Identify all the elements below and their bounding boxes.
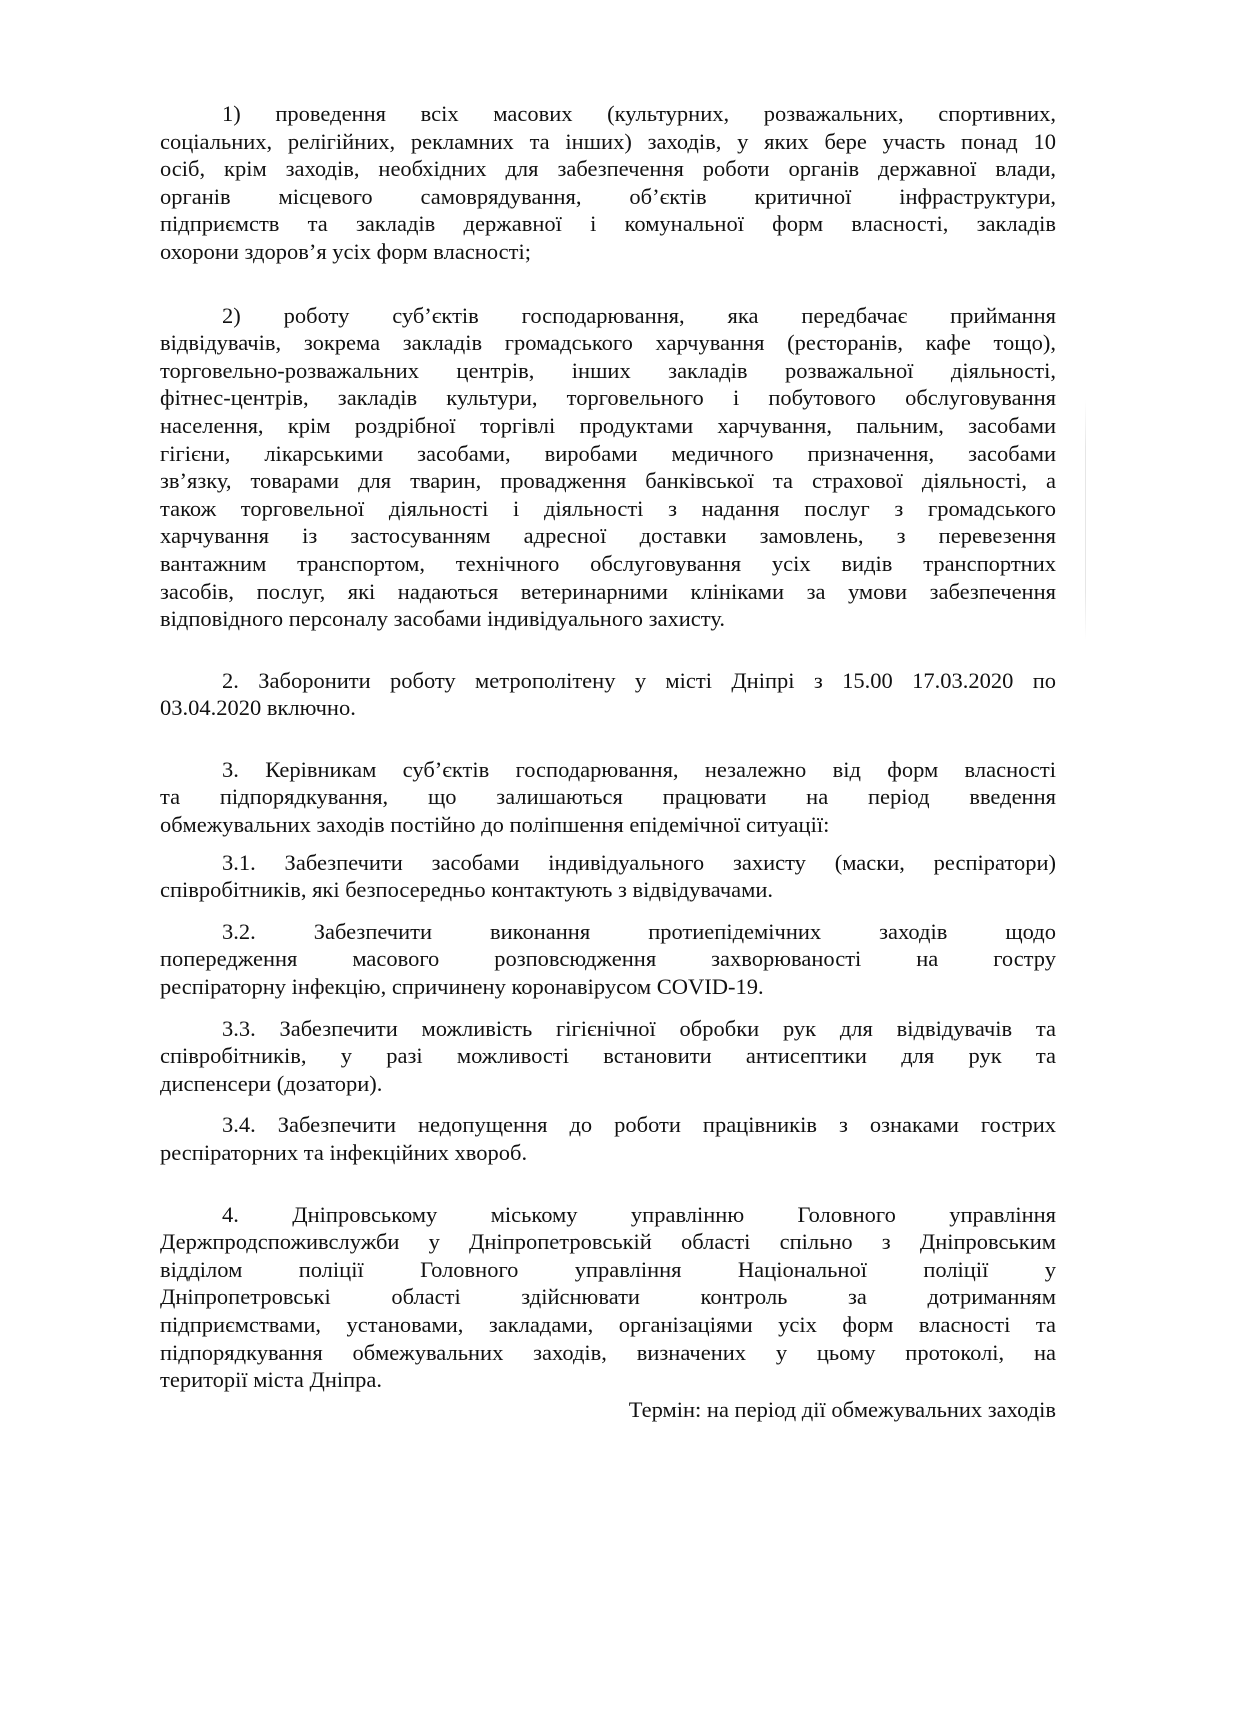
text-line: органів місцевого самоврядування, об’єкт… [160, 183, 1056, 211]
scan-artifact-line [1085, 400, 1086, 640]
section-3-3-hand-hygiene: 3.3. Забезпечити можливість гігієнічної … [160, 1015, 1056, 1098]
text-line: охорони здоров’я усіх форм власності; [160, 238, 1056, 266]
text-line: 3. Керівникам суб’єктів господарювання, … [160, 756, 1056, 784]
section-3-4-sick-workers: 3.4. Забезпечити недопущення до роботи п… [160, 1111, 1056, 1166]
text-line: 3.1. Забезпечити засобами індивідуальног… [160, 849, 1056, 877]
document-page: 1) проведення всіх масових (культурних, … [160, 100, 1056, 1423]
text-line: підприємствами, установами, закладами, о… [160, 1311, 1056, 1339]
item-2-business-operations: 2) роботу суб’єктів господарювання, яка … [160, 302, 1056, 633]
text-line: 1) проведення всіх масових (культурних, … [160, 100, 1056, 128]
text-line: 03.04.2020 включно. [160, 694, 1056, 722]
section-3-1-protective-equipment: 3.1. Забезпечити засобами індивідуальног… [160, 849, 1056, 904]
text-line: відповідного персоналу засобами індивіду… [160, 605, 1056, 633]
section-4-control: 4. Дніпровському міському управлінню Гол… [160, 1201, 1056, 1394]
text-line: території міста Дніпра. [160, 1366, 1056, 1394]
text-line: 3.4. Забезпечити недопущення до роботи п… [160, 1111, 1056, 1139]
item-1-mass-events: 1) проведення всіх масових (культурних, … [160, 100, 1056, 266]
text-line: вантажним транспортом, технічного обслуг… [160, 550, 1056, 578]
text-line: також торговельної діяльності і діяльнос… [160, 495, 1056, 523]
text-line: 3.3. Забезпечити можливість гігієнічної … [160, 1015, 1056, 1043]
text-line: соціальних, релігійних, рекламних та інш… [160, 128, 1056, 156]
text-line: підприємств та закладів державної і кому… [160, 210, 1056, 238]
text-line: торговельно-розважальних центрів, інших … [160, 357, 1056, 385]
text-line: респіраторну інфекцію, спричинену корона… [160, 973, 1056, 1001]
deadline-note: Термін: на період дії обмежувальних захо… [160, 1396, 1056, 1424]
text-line: осіб, крім заходів, необхідних для забез… [160, 155, 1056, 183]
text-line: диспенсери (дозатори). [160, 1070, 1056, 1098]
text-line: та підпорядкування, що залишаються працю… [160, 783, 1056, 811]
text-line: співробітників, які безпосередньо контак… [160, 876, 1056, 904]
text-line: зв’язку, товарами для тварин, провадженн… [160, 467, 1056, 495]
text-line: Держпродспоживслужби у Дніпропетровській… [160, 1228, 1056, 1256]
text-line: підпорядкування обмежувальних заходів, в… [160, 1339, 1056, 1367]
text-line: відвідувачів, зокрема закладів громадськ… [160, 329, 1056, 357]
text-line: відділом поліції Головного управління На… [160, 1256, 1056, 1284]
text-line: обмежувальних заходів постійно до поліпш… [160, 811, 1056, 839]
text-line: 2. Заборонити роботу метрополітену у міс… [160, 667, 1056, 695]
text-line: співробітників, у разі можливості встано… [160, 1042, 1056, 1070]
section-2-metro-ban: 2. Заборонити роботу метрополітену у міс… [160, 667, 1056, 722]
text-line: 2) роботу суб’єктів господарювання, яка … [160, 302, 1056, 330]
text-line: харчування із застосуванням адресної дос… [160, 522, 1056, 550]
text-line: попередження масового розповсюдження зах… [160, 945, 1056, 973]
text-line: Дніпропетровські області здійснювати кон… [160, 1283, 1056, 1311]
text-line: населення, крім роздрібної торгівлі прод… [160, 412, 1056, 440]
text-line: фітнес-центрів, закладів культури, торго… [160, 384, 1056, 412]
text-line: гігієни, лікарськими засобами, виробами … [160, 440, 1056, 468]
section-3-managers: 3. Керівникам суб’єктів господарювання, … [160, 756, 1056, 839]
text-line: респіраторних та інфекційних хвороб. [160, 1139, 1056, 1167]
text-line: 3.2. Забезпечити виконання протиепідеміч… [160, 918, 1056, 946]
text-line: 4. Дніпровському міському управлінню Гол… [160, 1201, 1056, 1229]
text-line: засобів, послуг, які надаються ветеринар… [160, 578, 1056, 606]
section-3-2-antiepidemic-measures: 3.2. Забезпечити виконання протиепідеміч… [160, 918, 1056, 1001]
